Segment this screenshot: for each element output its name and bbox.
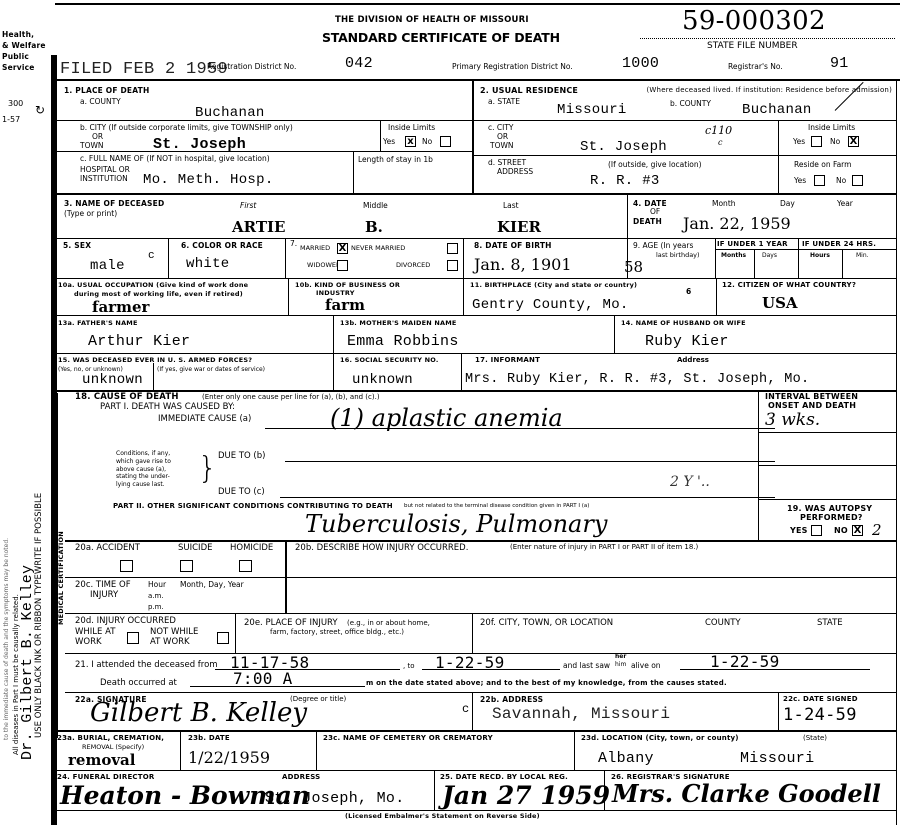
year-label: Year [837, 200, 853, 208]
while-at-work-label: WHILE AT [75, 628, 115, 637]
length-of-stay-label: Length of stay in 1b [358, 156, 433, 164]
widowed-checkbox[interactable] [337, 260, 348, 271]
informant-address-label: Address [677, 357, 709, 364]
never-married-checkbox[interactable] [447, 243, 458, 254]
accident-checkbox[interactable] [120, 560, 133, 572]
conditions-line: stating the under- [116, 473, 171, 481]
residence-inside-yes-checkbox[interactable] [811, 136, 822, 147]
inside-limits-no-checkbox[interactable] [440, 136, 451, 147]
citizen-label: 12. CITIZEN OF WHAT COUNTRY? [722, 282, 856, 289]
primary-registration-label: Primary Registration District No. [452, 63, 573, 71]
not-while-label: NOT WHILE [150, 628, 198, 637]
col-rule [288, 278, 289, 315]
informant-label: 17. INFORMANT [475, 357, 540, 364]
col-rule [754, 249, 755, 278]
first-label: First [240, 202, 256, 210]
inside-no-label: No [422, 138, 432, 146]
col-rule [715, 238, 716, 278]
dob-label: 8. DATE OF BIRTH [474, 242, 552, 250]
hospital-label2: HOSPITAL OR [80, 166, 130, 174]
residence-county: Buchanan [742, 102, 812, 118]
agency-line: & Welfare [2, 40, 46, 51]
date-signed-label: 22c. DATE SIGNED [783, 696, 858, 703]
under-1yr-label: IF UNDER 1 YEAR [717, 241, 788, 248]
residence-inside-no-label: No [830, 138, 840, 146]
him-label: him [615, 662, 626, 668]
row-rule [57, 151, 472, 152]
certificate-title: STANDARD CERTIFICATE OF DEATH [322, 30, 560, 45]
armed-forces-label: 15. WAS DECEASED EVER IN U. S. ARMED FOR… [58, 357, 252, 364]
row-rule [57, 238, 897, 239]
place-of-injury-note2: farm, factory, street, office bldg., etc… [270, 629, 404, 636]
burial-location-label: 23d. LOCATION (City, town, or county) [581, 735, 739, 742]
residence-city-label: c. CITY [488, 124, 514, 132]
row-rule [57, 193, 897, 195]
armed-forces-note2: (If yes, give war or dates of service) [157, 367, 265, 373]
street-label: d. STREET [488, 159, 526, 167]
hour-label: Hour [148, 581, 166, 589]
suicide-label: SUICIDE [178, 544, 212, 553]
months-label: Months [721, 253, 746, 259]
describe-injury-label: 20b. DESCRIBE HOW INJURY OCCURRED. [295, 544, 468, 553]
header-rule [57, 79, 900, 81]
place-of-death-label: 1. PLACE OF DEATH [64, 87, 149, 95]
farm-no-checkbox[interactable] [852, 175, 863, 186]
conditions-line: which gave rise to [116, 458, 171, 466]
col-rule [235, 613, 236, 653]
col-rule [472, 692, 473, 730]
col-rule [153, 363, 154, 390]
death-time-line [190, 686, 365, 687]
ssn-label: 16. SOCIAL SECURITY NO. [340, 357, 439, 364]
due-to-c-label: DUE TO (c) [218, 488, 265, 497]
due-to-b-label: DUE TO (b) [218, 452, 265, 461]
row-rule [715, 249, 896, 250]
col-rule [574, 730, 575, 770]
row-rule [65, 540, 897, 542]
am-label: a.m. [148, 593, 164, 600]
state-label: a. STATE [488, 98, 520, 106]
autopsy-no-checkbox[interactable]: X [852, 525, 863, 536]
row-rule [472, 120, 896, 121]
last-saw-label: and last saw [563, 662, 610, 670]
col-rule [842, 249, 843, 278]
death-county: Buchanan [195, 105, 265, 121]
row-rule [758, 465, 896, 466]
residence-street: R. R. #3 [590, 173, 660, 189]
hours-label: Hours [810, 253, 830, 259]
father-label: 13a. FATHER'S NAME [58, 320, 138, 327]
primary-registration: 1000 [622, 55, 659, 72]
cemetery-label: 23c. NAME OF CEMETERY OR CREMATORY [323, 735, 493, 742]
dod-label2: OF [650, 208, 660, 216]
married-label: MARRIED [300, 245, 330, 252]
business-value: farm [325, 296, 365, 314]
residence-city-code2: c [718, 138, 722, 147]
place-of-injury-note: (e.g., in or about home, [347, 620, 430, 627]
divorced-checkbox[interactable] [447, 260, 458, 271]
vertical-disease-note2: to the immediate cause of death and the … [4, 538, 10, 740]
autopsy-yes-label: YES [790, 527, 808, 535]
injury-state-label: STATE [817, 619, 843, 628]
age-value: 58 [624, 258, 643, 276]
occupation-label: 10a. USUAL OCCUPATION (Give kind of work… [58, 282, 248, 289]
col-rule [463, 238, 464, 278]
burial-method-label2: REMOVAL (Specify) [82, 744, 144, 751]
burial-location-city: Albany [598, 750, 654, 767]
mdy-label: Month, Day, Year [180, 581, 244, 589]
director-address-label: ADDRESS [282, 774, 320, 781]
autopsy-code: 2 [872, 521, 882, 539]
registration-district: 042 [345, 55, 373, 72]
file-number-line [640, 38, 895, 39]
rotate-arrow-icon: ↻ [35, 103, 45, 117]
burial-method: removal [68, 751, 135, 769]
top-rule [55, 3, 900, 5]
occupation-label2: during most of working life, even if ret… [74, 291, 243, 298]
col-rule [778, 692, 779, 730]
attestation-statement: m on the date stated above; and to the b… [366, 680, 727, 687]
agency-text: Health, & Welfare Public Service [2, 29, 46, 73]
city-or-label: OR [92, 133, 103, 141]
days-label: Days [762, 253, 777, 259]
physician-address-label: 22b. ADDRESS [480, 696, 543, 704]
division-title: THE DIVISION OF HEALTH OF MISSOURI [335, 16, 529, 25]
informant-value: Mrs. Ruby Kier, R. R. #3, St. Joseph, Mo… [465, 372, 809, 387]
autopsy-label2: PERFORMED? [800, 514, 863, 522]
cause-of-death-label: 18. CAUSE OF DEATH [75, 393, 179, 402]
last-saw-line [680, 669, 870, 670]
col-rule [434, 770, 435, 810]
brace-icon: } [198, 450, 217, 488]
row-rule [65, 577, 897, 578]
residence-city: St. Joseph [580, 139, 667, 155]
street-note: (If outside, give location) [608, 161, 702, 169]
date-recd: Jan 27 1959 [442, 781, 610, 810]
immediate-cause-label: IMMEDIATE CAUSE (a) [158, 415, 251, 424]
name-note: (Type or print) [64, 210, 117, 218]
agency-line: Health, [2, 29, 46, 40]
county-label: a. COUNTY [80, 98, 121, 106]
col-rule [461, 353, 462, 390]
hospital-label3: INSTITUTION [80, 175, 128, 183]
registration-district-label: Registration District No. [207, 63, 296, 71]
registrar-no-label: Registrar's No. [728, 63, 783, 71]
col-rule [778, 120, 779, 193]
farm-no-label: No [836, 177, 846, 185]
describe-injury-note: (Enter nature of injury in PART I or PAR… [510, 544, 698, 551]
part2-value: Tuberculosis, Pulmonary [305, 510, 607, 538]
middle-label: Middle [363, 202, 388, 210]
burial-method-label: 23a. BURIAL, CREMATION, [57, 735, 164, 742]
registrar-signature: Mrs. Clarke Goodell [612, 779, 881, 808]
residence-inside-yes-label: Yes [793, 138, 805, 146]
injury-county-label: COUNTY [705, 619, 741, 628]
immediate-cause-value: (1) aplastic anemia [330, 404, 563, 432]
row-rule [65, 692, 897, 693]
injury-city-label: 20f. CITY, TOWN, OR LOCATION [480, 619, 613, 628]
burial-location-state: Missouri [740, 750, 814, 767]
row-rule [758, 432, 896, 433]
row-rule [472, 155, 896, 156]
age-label: 9. AGE (In years [633, 242, 693, 250]
burial-date-label: 23b. DATE [188, 735, 230, 742]
state-file-number: 59-000302 [682, 6, 826, 36]
mother-name: Emma Robbins [347, 333, 459, 350]
last-label: Last [503, 202, 519, 210]
row-rule [57, 770, 897, 771]
conditions-line: Conditions, if any, [116, 450, 171, 458]
hospital-label: c. FULL NAME OF (If NOT in hospital, giv… [80, 155, 270, 163]
death-occurred-label: Death occurred at [100, 679, 177, 688]
residence-county-label: b. COUNTY [670, 100, 711, 108]
dod-label3: DEATH [633, 218, 662, 226]
col-rule [614, 315, 615, 353]
row-rule [57, 120, 472, 121]
time-of-injury-label: 20c. TIME OF [75, 581, 131, 590]
col-rule [463, 278, 464, 315]
director-address: St. Joseph, Mo. [265, 790, 405, 807]
divorced-label: DIVORCED [396, 262, 430, 269]
accident-label: 20a. ACCIDENT [75, 544, 140, 553]
due-to-b-line [285, 461, 775, 462]
street-label2: ADDRESS [497, 168, 533, 176]
section-divider [472, 80, 474, 193]
agency-line: Public [2, 51, 46, 62]
not-while-at-work-checkbox[interactable] [217, 632, 229, 644]
at-work-label: AT WORK [150, 638, 190, 647]
farm-label: Reside on Farm [794, 161, 851, 169]
row-rule [57, 810, 897, 811]
row-rule [57, 353, 897, 354]
middle-name: B. [365, 218, 383, 236]
conditions-note: Conditions, if any, which gave rise to a… [116, 450, 171, 489]
residence-state: Missouri [557, 102, 627, 118]
occupation-value: farmer [92, 298, 149, 316]
residence-city-town: TOWN [490, 142, 514, 150]
age-label2: last birthday) [656, 252, 700, 259]
inside-limits-label: Inside Limits [388, 124, 435, 132]
homicide-checkbox[interactable] [239, 560, 252, 572]
col-rule [472, 613, 473, 653]
form-date: 1-57 [2, 116, 20, 124]
race-value: white [186, 256, 230, 272]
autopsy-yes-checkbox[interactable] [811, 525, 822, 536]
birthplace-value: Gentry County, Mo. [472, 297, 629, 313]
col-rule [285, 238, 286, 278]
due-to-c-mark: 2 Y '.. [670, 474, 710, 490]
mother-label: 13b. MOTHER'S MAIDEN NAME [340, 320, 457, 327]
registrar-no: 91 [830, 55, 849, 72]
residence-inside-limits-label: Inside Limits [808, 124, 855, 132]
first-name: ARTIE [232, 218, 285, 236]
physician-signature: Gilbert B. Kelley [90, 698, 307, 728]
sex-label: 5. SEX [63, 242, 91, 250]
col-rule [333, 353, 334, 390]
attended-to-label: , to [403, 663, 414, 670]
marital-num: 7. [290, 240, 297, 248]
residence-inside-no-checkbox[interactable]: X [848, 136, 859, 147]
min-label: Min. [856, 253, 869, 259]
farm-yes-label: Yes [794, 177, 806, 185]
inside-limits-yes-checkbox[interactable]: x [405, 136, 416, 147]
married-checkbox[interactable]: X [337, 243, 348, 254]
col-rule [798, 238, 799, 278]
col-rule [380, 120, 381, 151]
armed-forces-value: unknown [82, 372, 143, 388]
never-married-label: NEVER MARRIED [351, 245, 405, 252]
day-label: Day [780, 200, 795, 208]
usual-residence-note: (Where deceased lived. If institution: R… [597, 87, 892, 94]
state-file-number-label: STATE FILE NUMBER [707, 42, 798, 51]
due-to-c-line [280, 497, 775, 498]
attended-label: 21. I attended the deceased from [75, 661, 218, 670]
sex-value: male [90, 258, 125, 274]
date-of-death: Jan. 22, 1959 [683, 214, 791, 233]
burial-date: 1/22/1959 [188, 748, 270, 767]
her-label: her [615, 654, 626, 660]
col-rule [627, 193, 628, 238]
sex-code: c [148, 250, 155, 262]
spouse-label: 14. NAME OF HUSBAND OR WIFE [621, 320, 746, 327]
father-name: Arthur Kier [88, 333, 190, 350]
suicide-checkbox[interactable] [180, 560, 193, 572]
race-label: 6. COLOR OR RACE [181, 242, 263, 250]
date-of-birth: Jan. 8, 1901 [474, 255, 572, 274]
city-label: b. CITY (If outside corporate limits, gi… [80, 124, 293, 132]
birthplace-label: 11. BIRTHPLACE (City and state or countr… [470, 282, 637, 289]
part1-label: PART I. DEATH WAS CAUSED BY: [100, 403, 235, 412]
name-label: 3. NAME OF DECEASED [64, 200, 164, 208]
autopsy-no-label: NO [834, 527, 848, 535]
col-rule [168, 238, 169, 278]
city-town-label: TOWN [80, 142, 104, 150]
col-rule [353, 151, 354, 193]
col-rule [333, 315, 334, 353]
row-rule [55, 730, 897, 732]
conditions-line: above cause (a), [116, 466, 171, 474]
place-of-injury-label: 20e. PLACE OF INJURY [244, 619, 338, 628]
burial-state-label: (State) [803, 735, 827, 742]
date-signed: 1-24-59 [783, 705, 857, 725]
physician-address: Savannah, Missouri [492, 705, 670, 723]
col-rule [604, 770, 605, 810]
part2-note: but not related to the terminal disease … [404, 504, 589, 510]
homicide-label: HOMICIDE [230, 544, 273, 553]
row-rule [65, 613, 897, 614]
alive-on-label: alive on [631, 662, 661, 670]
signature-suffix: c [462, 702, 470, 716]
widowed-label: WIDOWED [307, 262, 341, 269]
hospital-name: Mo. Meth. Hosp. [143, 172, 274, 188]
attended-to-line [422, 669, 560, 670]
residence-city-or: OR [497, 133, 508, 141]
col-rule [180, 730, 181, 770]
col-rule [716, 278, 717, 315]
vertical-instruction: USE ONLY BLACK INK OR RIBBON TYPEWRITE I… [35, 493, 44, 738]
medical-certification-label: MEDICAL CERTIFICATION [58, 531, 65, 625]
form-number: 300 [8, 100, 23, 108]
row-rule [57, 315, 897, 316]
inside-yes-label: Yes [383, 138, 395, 146]
while-at-work-checkbox[interactable] [127, 632, 139, 644]
birthplace-code: 6 [686, 288, 691, 296]
cause-of-death-note: (Enter only one cause per line for (a), … [202, 394, 380, 401]
agency-line: Service [2, 62, 46, 73]
pm-label: p.m. [148, 604, 164, 611]
usual-residence-label: 2. USUAL RESIDENCE [480, 87, 578, 95]
injury-occurred-label: 20d. INJURY OCCURRED [75, 617, 176, 626]
right-border [896, 80, 897, 825]
filed-stamp: FILED FEB 2 1959 [60, 60, 228, 79]
embalmer-note: (Licensed Embalmer's Statement on Revers… [345, 813, 540, 820]
ssn-value: unknown [352, 372, 413, 388]
work-label: WORK [75, 638, 102, 647]
row-rule [758, 499, 896, 500]
under-24-label: IF UNDER 24 HRS. [802, 241, 876, 248]
time-of-injury-label2: INJURY [90, 591, 118, 600]
row-rule [57, 278, 897, 279]
month-label: Month [712, 200, 736, 208]
col-rule [316, 730, 317, 770]
interval-value: 3 wks. [765, 410, 820, 430]
business-label: 10b. KIND OF BUSINESS OR [295, 282, 400, 289]
citizen-value: USA [762, 294, 798, 312]
farm-yes-checkbox[interactable] [814, 175, 825, 186]
residence-city-code: c110 [705, 124, 732, 137]
conditions-line: lying cause last. [116, 481, 171, 489]
last-name: KIER [497, 218, 541, 236]
spouse-name: Ruby Kier [645, 333, 729, 350]
